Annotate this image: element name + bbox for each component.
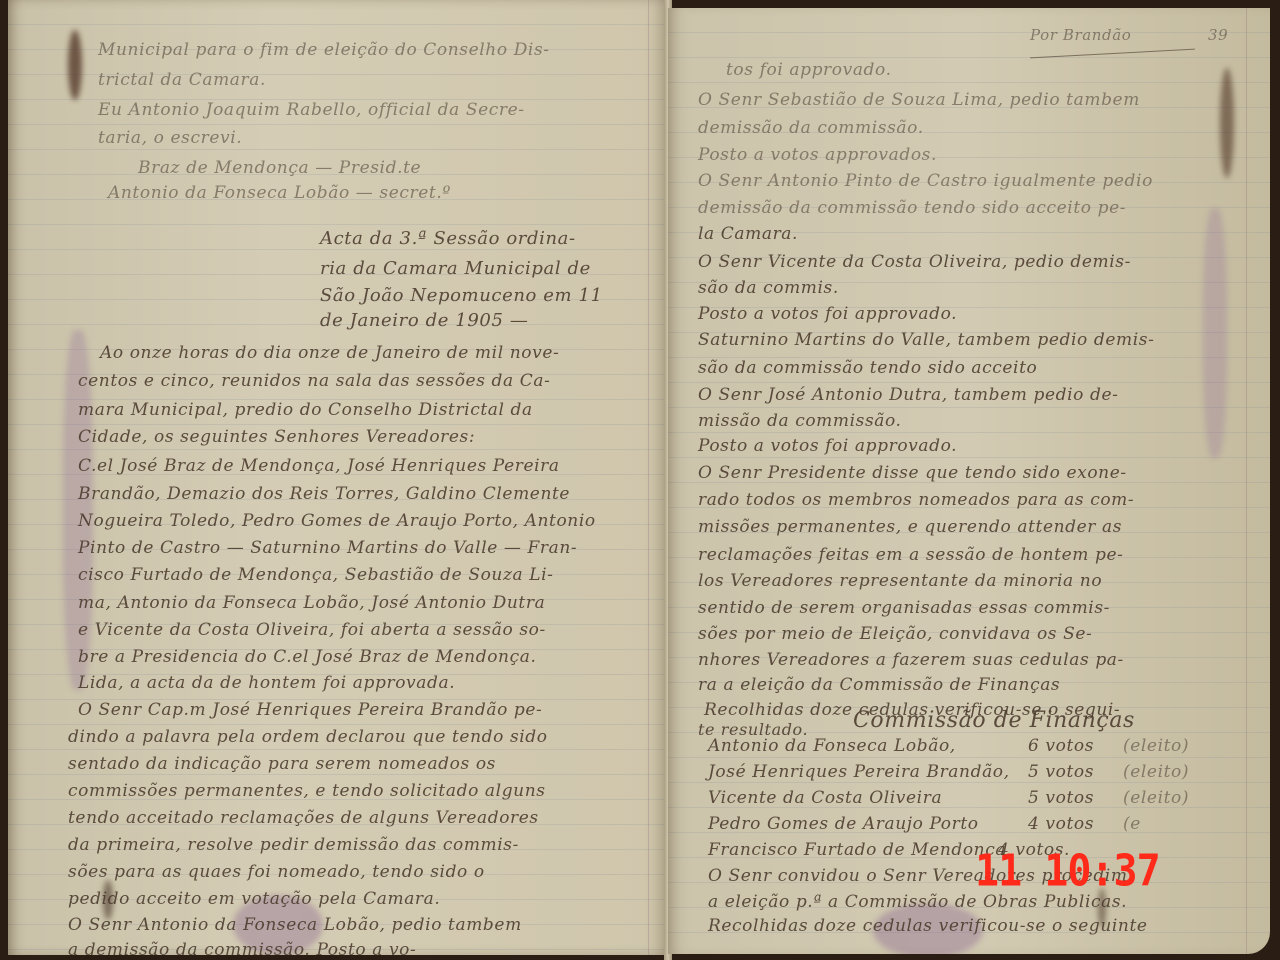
text-line: mara Municipal, predio do Conselho Distr… <box>78 400 533 420</box>
header-underline <box>1030 49 1195 59</box>
text-line: sentado da indicação para serem nomeados… <box>68 754 496 774</box>
text-line: sentido de serem organisadas essas commi… <box>698 598 1110 618</box>
text-line: tos foi approvado. <box>726 60 892 80</box>
text-line: centos e cinco, reunidos na sala das ses… <box>78 371 550 391</box>
minutes-title: São João Nepomuceno em 11 <box>320 285 603 306</box>
text-line: O Senr Antonio da Fonseca Lobão, pedio t… <box>68 915 522 935</box>
text-line: commissões permanentes, e tendo solicita… <box>68 781 546 801</box>
text-line: sões por meio de Eleição, convidava os S… <box>698 624 1092 644</box>
text-line: Eu Antonio Joaquim Rabello, official da … <box>98 100 525 120</box>
text-line: Saturnino Martins do Valle, tambem pedio… <box>698 330 1154 350</box>
text-line: O Senr Vicente da Costa Oliveira, pedio … <box>698 252 1131 272</box>
candidate-name: Vicente da Costa Oliveira <box>708 788 942 808</box>
text-line: O Senr Antonio Pinto de Castro igualment… <box>698 171 1153 191</box>
camera-timestamp: 11 10:37 <box>975 846 1160 897</box>
ledger-spread: Municipal para o fim de eleição do Conse… <box>0 0 1280 960</box>
text-line: bre a Presidencia do C.el José Braz de M… <box>78 647 536 667</box>
text-line: demissão da commissão. <box>698 118 924 138</box>
result-status: (eleito) <box>1123 762 1189 782</box>
margin-rule <box>1246 8 1247 954</box>
text-line: nhores Vereadores a fazerem suas cedulas… <box>698 650 1124 670</box>
text-line: Posto a votos foi approvado. <box>698 304 957 324</box>
text-line: Brandão, Demazio dos Reis Torres, Galdin… <box>78 484 570 504</box>
vote-count: 6 votos <box>1028 736 1094 756</box>
text-line: la Camara. <box>698 224 798 244</box>
margin-rule <box>648 0 649 955</box>
candidate-name: Pedro Gomes de Araujo Porto <box>708 814 979 834</box>
text-line: a demissão da commissão. Posto a vo- <box>68 940 416 955</box>
text-line: demissão da commissão tendo sido acceito… <box>698 198 1126 218</box>
ink-stain <box>1220 68 1234 178</box>
vote-count: 5 votos <box>1028 762 1094 782</box>
text-line: ra a eleição da Commissão de Finanças <box>698 675 1060 695</box>
text-line: Cidade, os seguintes Senhores Vereadores… <box>78 427 475 447</box>
minutes-title: de Janeiro de 1905 — <box>320 310 528 331</box>
page-header: Por Brandão <box>1030 26 1131 44</box>
text-line: rado todos os membros nomeados para as c… <box>698 490 1134 510</box>
page-number: 39 <box>1208 26 1228 44</box>
left-page: Municipal para o fim de eleição do Conse… <box>8 0 668 955</box>
vote-count: 4 votos <box>1028 814 1094 834</box>
section-heading: Commissão de Finanças <box>853 708 1135 733</box>
text-line: los Vereadores representante da minoria … <box>698 571 1102 591</box>
result-status: (eleito) <box>1123 736 1189 756</box>
text-line: e Vicente da Costa Oliveira, foi aberta … <box>78 620 546 640</box>
text-line: missões permanentes, e querendo attender… <box>698 517 1122 537</box>
text-line: reclamações feitas em a sessão de hontem… <box>698 545 1123 565</box>
text-line: tendo acceitado reclamações de alguns Ve… <box>68 808 539 828</box>
text-line: Lida, a acta da de hontem foi approvada. <box>78 673 455 693</box>
result-status: (e <box>1123 814 1141 834</box>
candidate-name: Antonio da Fonseca Lobão, <box>708 736 956 756</box>
text-line: pedido acceito em votação pela Camara. <box>68 889 440 909</box>
text-line: trictal da Camara. <box>98 70 266 90</box>
vote-count: 5 votos <box>1028 788 1094 808</box>
text-line: Posto a votos foi approvado. <box>698 436 957 456</box>
text-line: O Senr Sebastião de Souza Lima, pedio ta… <box>698 90 1140 110</box>
text-line: são da commis. <box>698 278 839 298</box>
purple-stain <box>1203 208 1227 458</box>
text-line: Municipal para o fim de eleição do Conse… <box>98 40 550 60</box>
ink-stain <box>68 30 82 100</box>
text-line: C.el José Braz de Mendonça, José Henriqu… <box>78 456 560 476</box>
text-line: são da commissão tendo sido acceito <box>698 358 1037 378</box>
text-line: O Senr Presidente disse que tendo sido e… <box>698 463 1127 483</box>
minutes-title: ria da Camara Municipal de <box>320 258 591 279</box>
text-line: sões para as quaes foi nomeado, tendo si… <box>68 862 485 882</box>
text-line: ma, Antonio da Fonseca Lobão, José Anton… <box>78 593 545 613</box>
text-line: Pinto de Castro — Saturnino Martins do V… <box>78 538 577 558</box>
text-line: Ao onze horas do dia onze de Janeiro de … <box>100 343 559 363</box>
right-page: Por Brandão 39 tos foi approvado. O Senr… <box>668 8 1270 954</box>
text-line: da primeira, resolve pedir demissão das … <box>68 835 519 855</box>
text-line: Posto a votos approvados. <box>698 145 937 165</box>
signature-line: Antonio da Fonseca Lobão — secret.º <box>108 183 451 203</box>
signature-line: Braz de Mendonça — Presid.te <box>138 158 421 178</box>
text-line: O Senr Cap.m José Henriques Pereira Bran… <box>78 700 542 720</box>
candidate-name: Francisco Furtado de Mendonça <box>708 840 1006 860</box>
text-line: O Senr José Antonio Dutra, tambem pedio … <box>698 385 1119 405</box>
text-line: dindo a palavra pela ordem declarou que … <box>68 727 548 747</box>
text-line: cisco Furtado de Mendonça, Sebastião de … <box>78 565 554 585</box>
result-status: (eleito) <box>1123 788 1189 808</box>
text-line: taria, o escrevi. <box>98 128 242 148</box>
text-line: missão da commissão. <box>698 411 902 431</box>
text-line: Recolhidas doze cedulas verificou-se o s… <box>708 916 1148 936</box>
text-line: Nogueira Toledo, Pedro Gomes de Araujo P… <box>78 511 596 531</box>
candidate-name: José Henriques Pereira Brandão, <box>708 762 1010 782</box>
minutes-title: Acta da 3.ª Sessão ordina- <box>320 228 576 249</box>
